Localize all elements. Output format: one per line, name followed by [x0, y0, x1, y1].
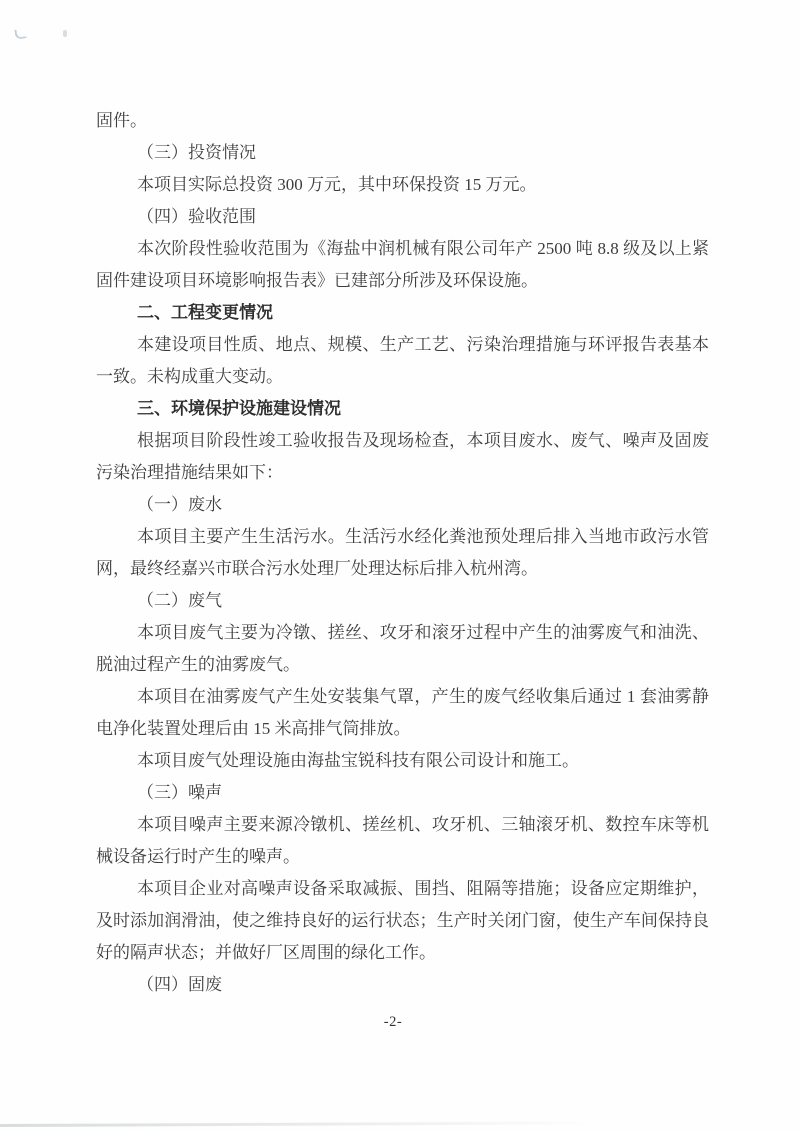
scan-edge-artifact: [0, 1121, 600, 1126]
document-body: 固件。（三）投资情况本项目实际总投资 300 万元，其中环保投资 15 万元。（…: [96, 105, 709, 1001]
document-page: 固件。（三）投资情况本项目实际总投资 300 万元，其中环保投资 15 万元。（…: [0, 0, 800, 1131]
body-paragraph: 本项目噪声主要来源冷镦机、搓丝机、攻牙机、三轴滚牙机、数控车床等机械设备运行时产…: [96, 809, 709, 873]
body-paragraph: 本项目废气处理设施由海盐宝锐科技有限公司设计和施工。: [96, 745, 709, 777]
subsection-heading: （二）废气: [96, 585, 709, 617]
body-paragraph: 本建设项目性质、地点、规模、生产工艺、污染治理措施与环评报告表基本一致。未构成重…: [96, 329, 709, 393]
subsection-heading: （三）投资情况: [96, 137, 709, 169]
body-paragraph: 本项目在油雾废气产生处安装集气罩，产生的废气经收集后通过 1 套油雾静电净化装置…: [96, 681, 709, 745]
section-heading: 二、工程变更情况: [96, 297, 709, 329]
body-paragraph: 本项目企业对高噪声设备采取减振、围挡、阻隔等措施；设备应定期维护，及时添加润滑油…: [96, 873, 709, 969]
body-paragraph-continuation: 固件。: [96, 105, 709, 137]
body-paragraph: 本项目主要产生生活污水。生活污水经化粪池预处理后排入当地市政污水管网，最终经嘉兴…: [96, 521, 709, 585]
section-heading: 三、环境保护设施建设情况: [96, 393, 709, 425]
subsection-heading: （四）验收范围: [96, 201, 709, 233]
scan-smudge-icon: [14, 28, 26, 39]
body-paragraph: 本项目废气主要为冷镦、搓丝、攻牙和滚牙过程中产生的油雾废气和油洗、脱油过程产生的…: [96, 617, 709, 681]
subsection-heading: （一）废水: [96, 489, 709, 521]
scan-smudge-icon: [63, 30, 67, 37]
body-paragraph: 本项目实际总投资 300 万元，其中环保投资 15 万元。: [96, 169, 709, 201]
subsection-heading: （三）噪声: [96, 777, 709, 809]
body-paragraph: 本次阶段性验收范围为《海盐中润机械有限公司年产 2500 吨 8.8 级及以上紧…: [96, 233, 709, 297]
page-number: -2-: [0, 1009, 786, 1035]
body-paragraph: 根据项目阶段性竣工验收报告及现场检查，本项目废水、废气、噪声及固废污染治理措施结…: [96, 425, 709, 489]
subsection-heading: （四）固废: [96, 969, 709, 1001]
